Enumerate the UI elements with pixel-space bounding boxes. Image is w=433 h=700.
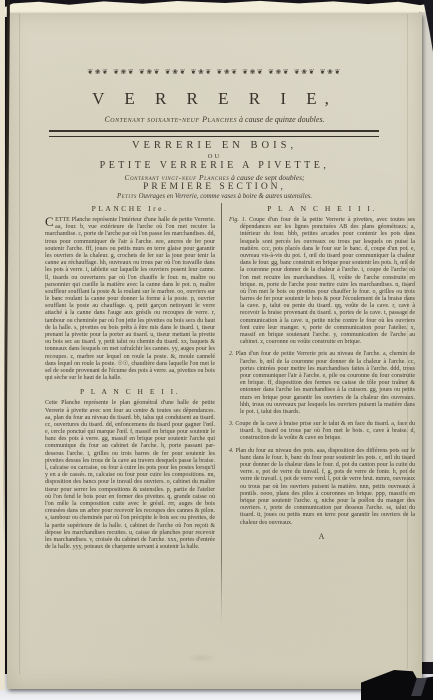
figure-4-label: 4. (229, 448, 234, 454)
section-ou: OU (7, 153, 422, 160)
paragraph-planche-2: Cette Planche représente le plan géométr… (45, 400, 215, 551)
left-crease (19, 14, 20, 674)
subtitle-smallcaps: Contenant soixante-neuf Planches (104, 115, 237, 124)
scanned-book-page: ❦❀❦ ❦❀❦ ❦❀❦ ❦❀❦ ❦❀❦ ❦❀❦ ❦❀❦ ❦❀❦ ❦❀❦ ❦❀❦ … (0, 0, 433, 700)
figure-3-description: 3. Coupe de la cave à braise prise sur l… (229, 421, 415, 443)
heading-planche-1: PLANCHE Ire. (45, 204, 215, 213)
left-column: PLANCHE Ire. CETTE Planche représente l'… (45, 203, 221, 623)
right-crease (407, 14, 408, 669)
heading-planche-3: P L A N C H E I I I. (229, 204, 415, 213)
section-heading-petite-verrerie: PETITE VERRERIE A PIVETTE, (7, 160, 422, 171)
paper-stain (187, 653, 217, 663)
signature-mark: A (229, 532, 415, 542)
heading-planche-2: P L A N C H E I I. (45, 387, 215, 396)
subtitle-italic: à cause de quinze doubles. (237, 115, 325, 124)
right-column: P L A N C H E I I I. Fig. 1. Coupe d'un … (222, 203, 415, 623)
section-heading-verrerie-en-bois: VERRERIE EN BOIS, (7, 140, 422, 151)
figure-2-description: 2. Plan d'un four de petite Verrerie pri… (229, 351, 415, 416)
figure-2-label: 2. (229, 351, 234, 357)
figure-4-description: 4. Plan du four au niveau des pots. aaa,… (229, 448, 415, 527)
figure-3-label: 3. (229, 421, 234, 427)
section-petits-ouvrages: Petits Ouvrages en Verrerie, comme vases… (7, 193, 422, 200)
drop-cap: C (45, 217, 55, 227)
section-premiere-section: PREMIERE SECTION, (7, 182, 422, 192)
page-content: ❦❀❦ ❦❀❦ ❦❀❦ ❦❀❦ ❦❀❦ ❦❀❦ ❦❀❦ ❦❀❦ ❦❀❦ ❦❀❦ … (7, 13, 422, 689)
figure-1-label: Fig. 1. (229, 217, 246, 223)
two-column-text: PLANCHE Ire. CETTE Planche représente l'… (45, 203, 415, 623)
paragraph-planche-1: CETTE Planche représente l'intérieur d'u… (45, 217, 215, 382)
floral-ornament-band: ❦❀❦ ❦❀❦ ❦❀❦ ❦❀❦ ❦❀❦ ❦❀❦ ❦❀❦ ❦❀❦ ❦❀❦ ❦❀❦ (7, 68, 422, 76)
title-subtitle: Contenant soixante-neuf Planches à cause… (7, 115, 422, 124)
double-rule (49, 130, 379, 137)
section-contenant-line: Contenant vingt-neuf Planches à cause de… (7, 173, 422, 182)
document-page: ❦❀❦ ❦❀❦ ❦❀❦ ❦❀❦ ❦❀❦ ❦❀❦ ❦❀❦ ❦❀❦ ❦❀❦ ❦❀❦ … (7, 13, 422, 689)
page-title: V E R R E R I E, (7, 89, 422, 109)
figure-1-description: Fig. 1. Coupe d'un four de la petite Ver… (229, 217, 415, 346)
